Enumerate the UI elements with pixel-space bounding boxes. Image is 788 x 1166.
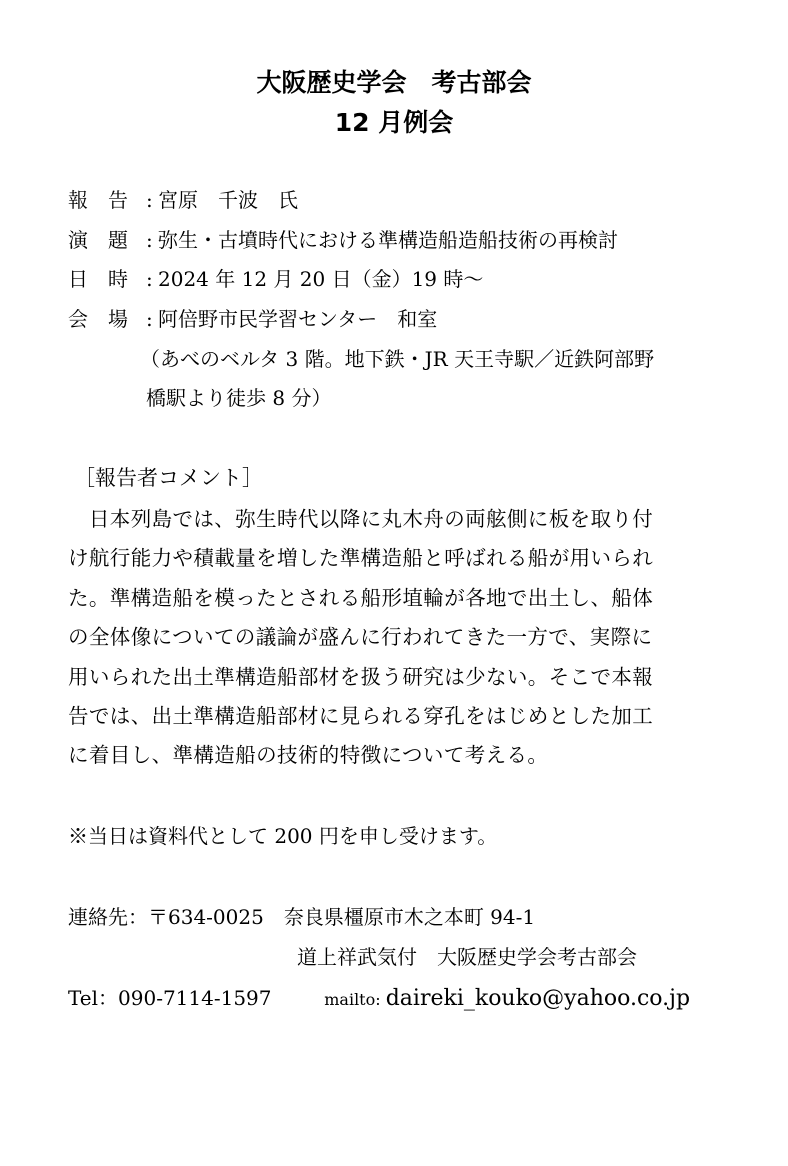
contact-postal-row: 連絡先：〒634-0025 奈良県橿原市木之本町 94-1 <box>68 903 535 931</box>
comment-line: 告では、出土準構造船部材に見られる穿孔をはじめとした加工 <box>68 697 718 736</box>
venue-note-line2: 橋駅より徒歩 8 分） <box>146 384 331 412</box>
comment-line: 日本列島では、弥生時代以降に丸木舟の両舷側に板を取り付 <box>68 500 718 539</box>
info-row-venue: 会 場:阿倍野市民学習センター 和室 <box>68 305 437 333</box>
info-value: 阿倍野市民学習センター 和室 <box>158 307 437 331</box>
info-value: 2024 年 12 月 20 日（金）19 時～ <box>158 267 483 291</box>
info-label: 会 場 <box>68 305 146 333</box>
info-label: 日 時 <box>68 265 146 293</box>
contact-tel-row: Tel：090-7114-1597 mailto: daireki_kouko@… <box>68 984 690 1014</box>
contact-care-of: 道上祥武気付 大阪歴史学会考古部会 <box>297 943 637 971</box>
info-row-topic: 演 題:弥生・古墳時代における準構造船造船技術の再検討 <box>68 226 618 254</box>
comment-line: の全体像についての議論が盛んに行われてきた一方で、実際に <box>68 618 718 657</box>
venue-note-line1: （あべのベルタ 3 階。地下鉄・JR 天王寺駅／近鉄阿部野 <box>140 345 654 373</box>
info-label: 演 題 <box>68 226 146 254</box>
page-title-line1: 大阪歴史学会 考古部会 <box>0 63 788 99</box>
info-value: 宮原 千波 氏 <box>158 188 298 212</box>
info-value: 弥生・古墳時代における準構造船造船技術の再検討 <box>158 228 618 252</box>
contact-label: 連絡先： <box>68 905 148 929</box>
info-label: 報 告 <box>68 186 146 214</box>
contact-tel: Tel：090-7114-1597 <box>68 986 272 1010</box>
info-row-datetime: 日 時:2024 年 12 月 20 日（金）19 時～ <box>68 265 483 293</box>
mailto-label: mailto: <box>324 990 385 1009</box>
contact-postal: 〒634-0025 奈良県橿原市木之本町 94-1 <box>148 905 535 929</box>
contact-email-link[interactable]: daireki_kouko@yahoo.co.jp <box>386 986 690 1011</box>
comment-line: 用いられた出土準構造船部材を扱う研究は少ない。そこで本報 <box>68 658 718 697</box>
comment-line: た。準構造船を模ったとされる船形埴輪が各地で出土し、船体 <box>68 579 718 618</box>
fee-notice: ※当日は資料代として 200 円を申し受けます。 <box>68 822 497 850</box>
comment-body: 日本列島では、弥生時代以降に丸木舟の両舷側に板を取り付 け航行能力や積載量を増し… <box>68 500 718 776</box>
comment-heading: ［報告者コメント］ <box>74 462 263 492</box>
comment-line: に着目し、準構造船の技術的特徴について考える。 <box>68 736 718 775</box>
comment-line: け航行能力や積載量を増した準構造船と呼ばれる船が用いられ <box>68 539 718 578</box>
page-title-line2: 12 月例会 <box>0 103 788 139</box>
info-row-reporter: 報 告:宮原 千波 氏 <box>68 186 298 214</box>
